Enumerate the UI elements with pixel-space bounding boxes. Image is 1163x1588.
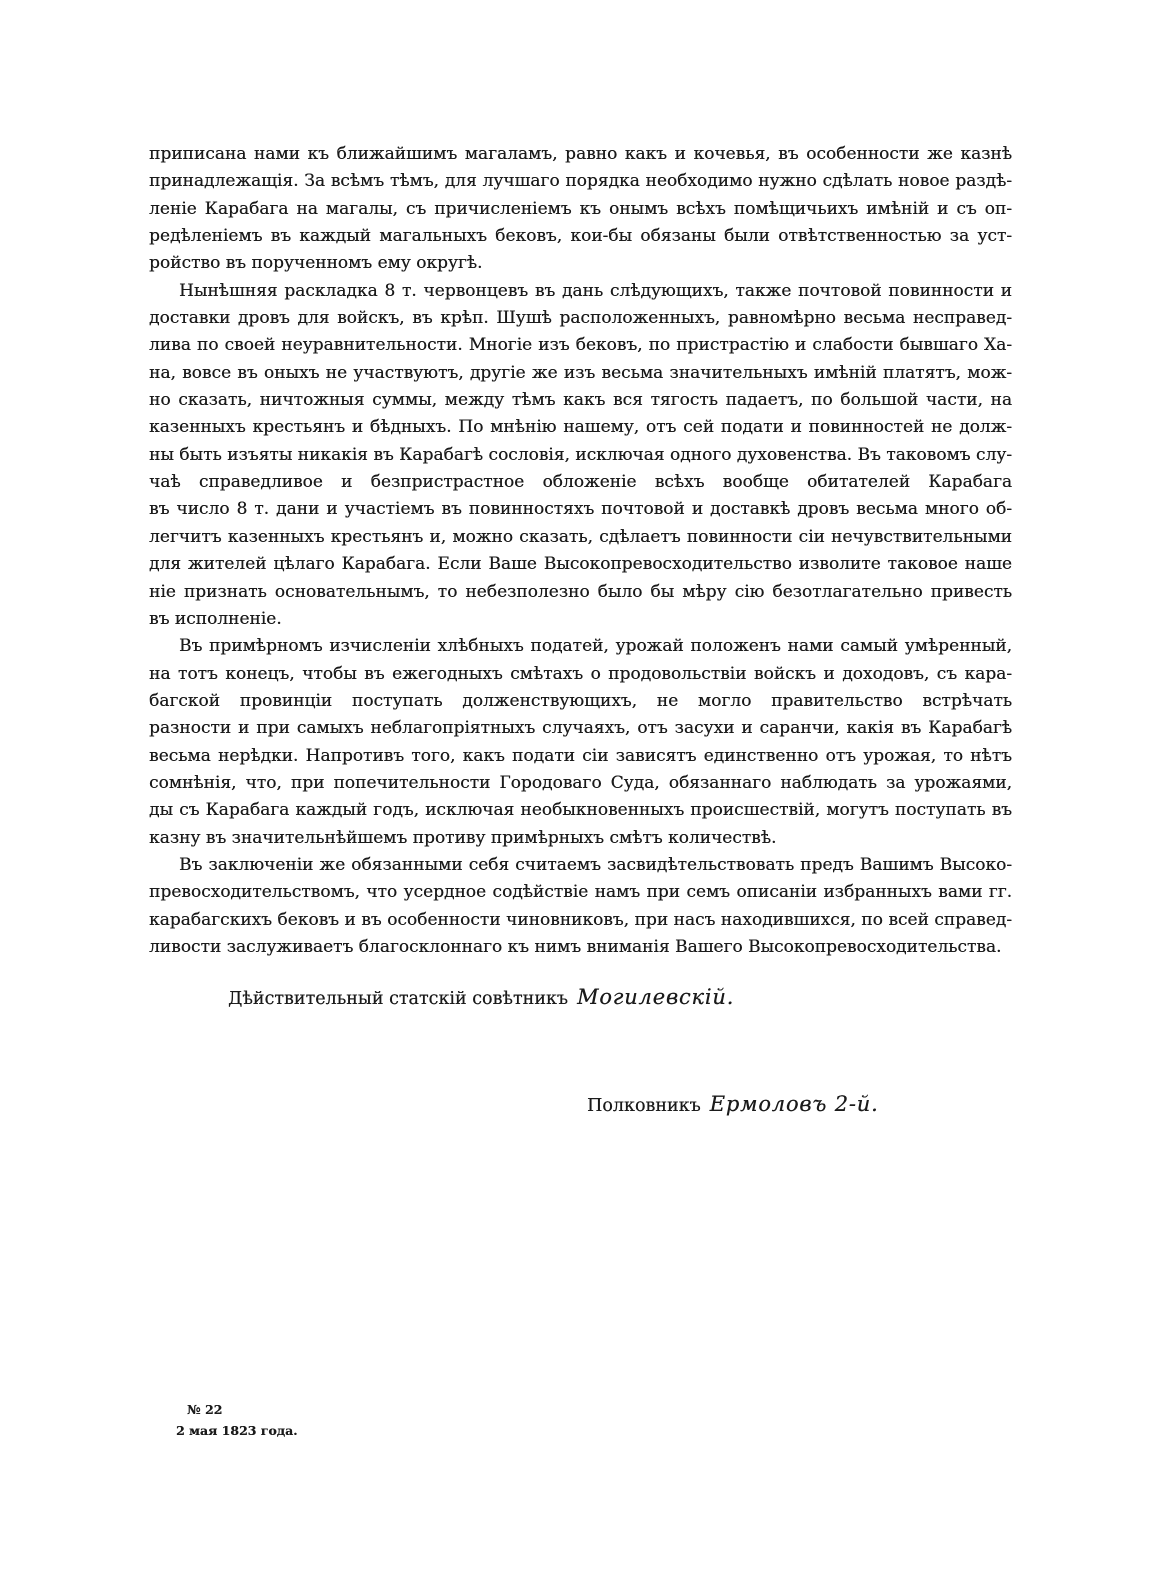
text-line: ройство въ порученномъ ему округѣ.: [149, 250, 1012, 277]
signature-yermolov: ПолковникъЕрмоловъ 2-й.: [587, 1092, 878, 1116]
text-line: разности и при самыхъ неблагопріятныхъ с…: [149, 715, 1012, 742]
document-text: приписана нами къ ближайшимъ магаламъ, р…: [149, 141, 1012, 961]
text-line: казну въ значительнѣйшемъ противу примѣр…: [149, 825, 1012, 852]
text-line: ливости заслуживаетъ благосклоннаго къ н…: [149, 934, 1012, 961]
text-line: ніе признать основательнымъ, то небезпол…: [149, 579, 1012, 606]
text-line: Въ заключеніи же обязанными себя считаем…: [149, 852, 1012, 879]
text-line: весьма нерѣдки. Напротивъ того, какъ под…: [149, 743, 1012, 770]
signature-title: Дѣйствительный статскій совѣтникъ: [228, 989, 568, 1009]
footer-doc-number: № 22: [187, 1399, 298, 1420]
text-line: принадлежащія. За всѣмъ тѣмъ, для лучшаг…: [149, 168, 1012, 195]
text-line: превосходительствомъ, что усердное содѣй…: [149, 879, 1012, 906]
text-line: леніе Карабага на магалы, съ причисленіе…: [149, 196, 1012, 223]
document-page: приписана нами къ ближайшимъ магаламъ, р…: [0, 0, 1163, 1588]
text-line: для жителей цѣлаго Карабага. Если Ваше В…: [149, 551, 1012, 578]
text-line: багской провинціи поступать долженствующ…: [149, 688, 1012, 715]
text-line: редѣленіемъ въ каждый магальныхъ бековъ,…: [149, 223, 1012, 250]
text-line: карабагскихъ бековъ и въ особенности чин…: [149, 907, 1012, 934]
signature-mogilevsky: Дѣйствительный статскій совѣтникъМогилев…: [228, 985, 734, 1009]
text-line: ды съ Карабага каждый годъ, исключая нео…: [149, 797, 1012, 824]
text-line: но сказать, ничтожныя суммы, между тѣмъ …: [149, 387, 1012, 414]
text-line: чаѣ справедливое и безпристрастное облож…: [149, 469, 1012, 496]
text-line: лива по своей неуравнительности. Многіе …: [149, 332, 1012, 359]
text-line: въ исполненіе.: [149, 606, 1012, 633]
paragraph: приписана нами къ ближайшимъ магаламъ, р…: [149, 141, 1012, 278]
page-footer: № 22 2 мая 1823 года.: [176, 1399, 298, 1441]
paragraph: Нынѣшняя раскладка 8 т. червонцевъ въ да…: [149, 278, 1012, 633]
text-line: доставки дровъ для войскъ, въ крѣп. Шушѣ…: [149, 305, 1012, 332]
text-line: Нынѣшняя раскладка 8 т. червонцевъ въ да…: [149, 278, 1012, 305]
text-line: ны быть изъяты никакія въ Карабагѣ сосло…: [149, 442, 1012, 469]
text-line: Въ примѣрномъ изчисленіи хлѣбныхъ подате…: [149, 633, 1012, 660]
text-line: на тотъ конецъ, чтобы въ ежегодныхъ смѣт…: [149, 661, 1012, 688]
signature-name: Ермоловъ 2-й.: [710, 1092, 879, 1116]
text-line: сомнѣнія, что, при попечительности Город…: [149, 770, 1012, 797]
signature-name: Могилевскій.: [577, 985, 734, 1009]
text-line: приписана нами къ ближайшимъ магаламъ, р…: [149, 141, 1012, 168]
text-line: легчитъ казенныхъ крестьянъ и, можно ска…: [149, 524, 1012, 551]
text-line: въ число 8 т. дани и участіемъ въ повинн…: [149, 496, 1012, 523]
text-line: казенныхъ крестьянъ и бѣдныхъ. По мнѣнію…: [149, 414, 1012, 441]
paragraph: Въ заключеніи же обязанными себя считаем…: [149, 852, 1012, 961]
footer-date: 2 мая 1823 года.: [176, 1420, 298, 1441]
text-line: на, вовсе въ оныхъ не участвуютъ, другіе…: [149, 360, 1012, 387]
signature-title: Полковникъ: [587, 1096, 701, 1116]
paragraph: Въ примѣрномъ изчисленіи хлѣбныхъ подате…: [149, 633, 1012, 852]
